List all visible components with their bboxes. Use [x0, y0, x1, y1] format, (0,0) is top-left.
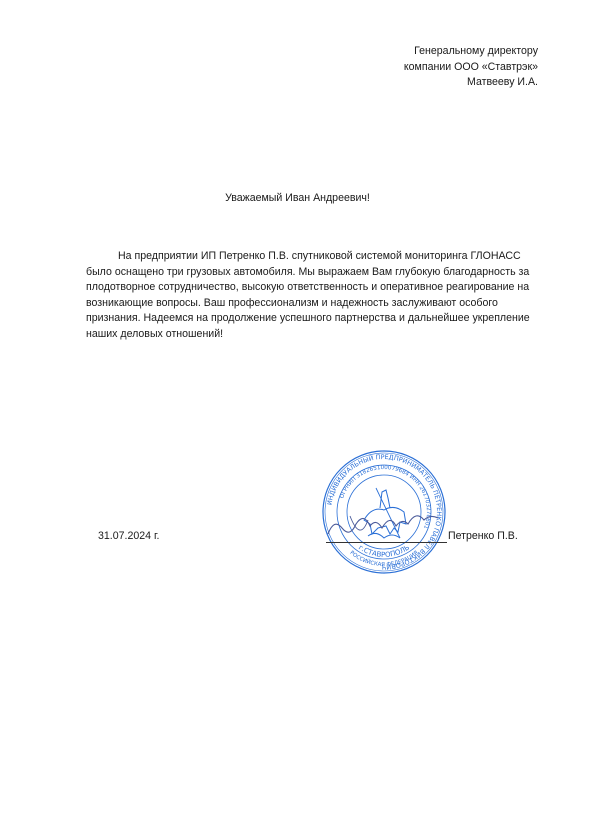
- letter-body: На предприятии ИП Петренко П.В. спутнико…: [86, 249, 546, 343]
- letter-date: 31.07.2024 г.: [98, 530, 159, 542]
- official-stamp-icon: ИНДИВИДУАЛЬНЫЙ ПРЕДПРИНИМАТЕЛЬ ПЕТРЕНКО …: [320, 448, 448, 576]
- addressee-name: Матвееву И.А.: [404, 75, 538, 91]
- signer-name: Петренко П.В.: [448, 530, 518, 542]
- addressee-position: Генеральному директору: [404, 44, 538, 60]
- greeting: Уважаемый Иван Андреевич!: [0, 192, 595, 204]
- svg-text:г.СТАВРОПОЛЬ: г.СТАВРОПОЛЬ: [357, 543, 411, 559]
- addressee-company: компании ООО «Ставтрэк»: [404, 60, 538, 76]
- addressee-block: Генеральному директору компании ООО «Ста…: [404, 44, 538, 91]
- signature-line: [326, 542, 447, 543]
